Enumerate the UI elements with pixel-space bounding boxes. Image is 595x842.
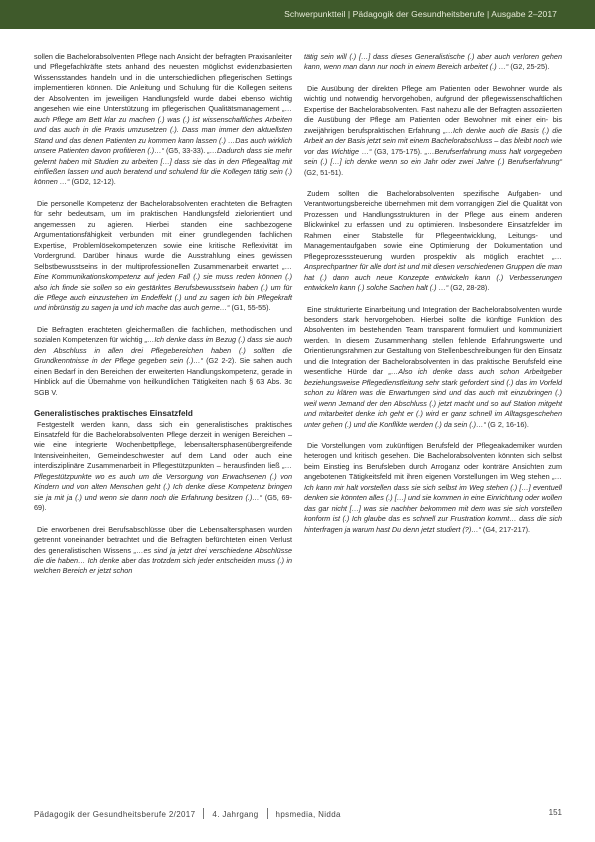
footer-volume: 4. Jahrgang xyxy=(212,810,258,819)
footer-journal: Pädagogik der Gesundheitsberufe 2/2017 xyxy=(34,810,195,819)
paragraph: Die Ausübung der direkten Pflege am Pati… xyxy=(304,84,562,178)
citation: (G2, 25-25). xyxy=(508,62,549,71)
body-text: Die personelle Kompetenz der Bachelorabs… xyxy=(34,199,292,271)
citation: (G1, 55-55). xyxy=(229,303,270,312)
citation: (G3, 175-175). xyxy=(371,147,424,156)
running-title: Schwerpunktteil | Pädagogik der Gesundhe… xyxy=(284,9,557,19)
paragraph: Die erworbenen drei Berufsabschlüsse übe… xyxy=(34,525,292,577)
paragraph: Die personelle Kompetenz der Bachelorabs… xyxy=(34,199,292,314)
citation: (G2, 51-51). xyxy=(304,168,343,177)
paragraph: Festgestellt werden kann, dass sich ein … xyxy=(34,420,292,514)
section-heading: Generalistisches praktisches Einsatzfeld xyxy=(34,409,292,420)
citation: (G4, 217-217). xyxy=(481,525,530,534)
citation: (G2, 28-28). xyxy=(448,283,489,292)
page-number: 151 xyxy=(549,808,562,817)
paragraph: sollen die Bachelorabsolventen Pflege na… xyxy=(34,52,292,188)
body-text: Festgestellt werden kann, dass sich ein … xyxy=(34,420,292,471)
right-column: tätig sein will (.) […] dass dieses Gene… xyxy=(304,52,562,546)
page-footer: Pädagogik der Gesundheitsberufe 2/20174.… xyxy=(34,808,562,820)
footer-publisher: hpsmedia, Nidda xyxy=(276,810,341,819)
body-text: Die Vorstellungen vom zukünftigen Berufs… xyxy=(304,441,562,481)
paragraph: Die Vorstellungen vom zukünftigen Berufs… xyxy=(304,441,562,535)
footer-divider xyxy=(203,808,204,819)
footer-divider xyxy=(267,808,268,819)
body-text: Zudem sollten die Bachelorabsolventen sp… xyxy=(304,189,562,261)
citation: (G5, 33-33). xyxy=(164,146,208,155)
left-column: sollen die Bachelorabsolventen Pflege na… xyxy=(34,52,292,588)
citation: (GD2, 12-12). xyxy=(69,177,115,186)
citation: (G 2, 16-16). xyxy=(486,420,529,429)
header-bar: Schwerpunktteil | Pädagogik der Gesundhe… xyxy=(0,0,595,29)
body-text: Eine strukturierte Einarbeitung und Inte… xyxy=(304,305,562,377)
paragraph: Eine strukturierte Einarbeitung und Inte… xyxy=(304,305,562,430)
paragraph: Zudem sollten die Bachelorabsolventen sp… xyxy=(304,189,562,294)
paragraph: Die Befragten erachteten gleichermaßen d… xyxy=(34,325,292,398)
paragraph: tätig sein will (.) […] dass dieses Gene… xyxy=(304,52,562,73)
body-text: sollen die Bachelorabsolventen Pflege na… xyxy=(34,52,292,113)
